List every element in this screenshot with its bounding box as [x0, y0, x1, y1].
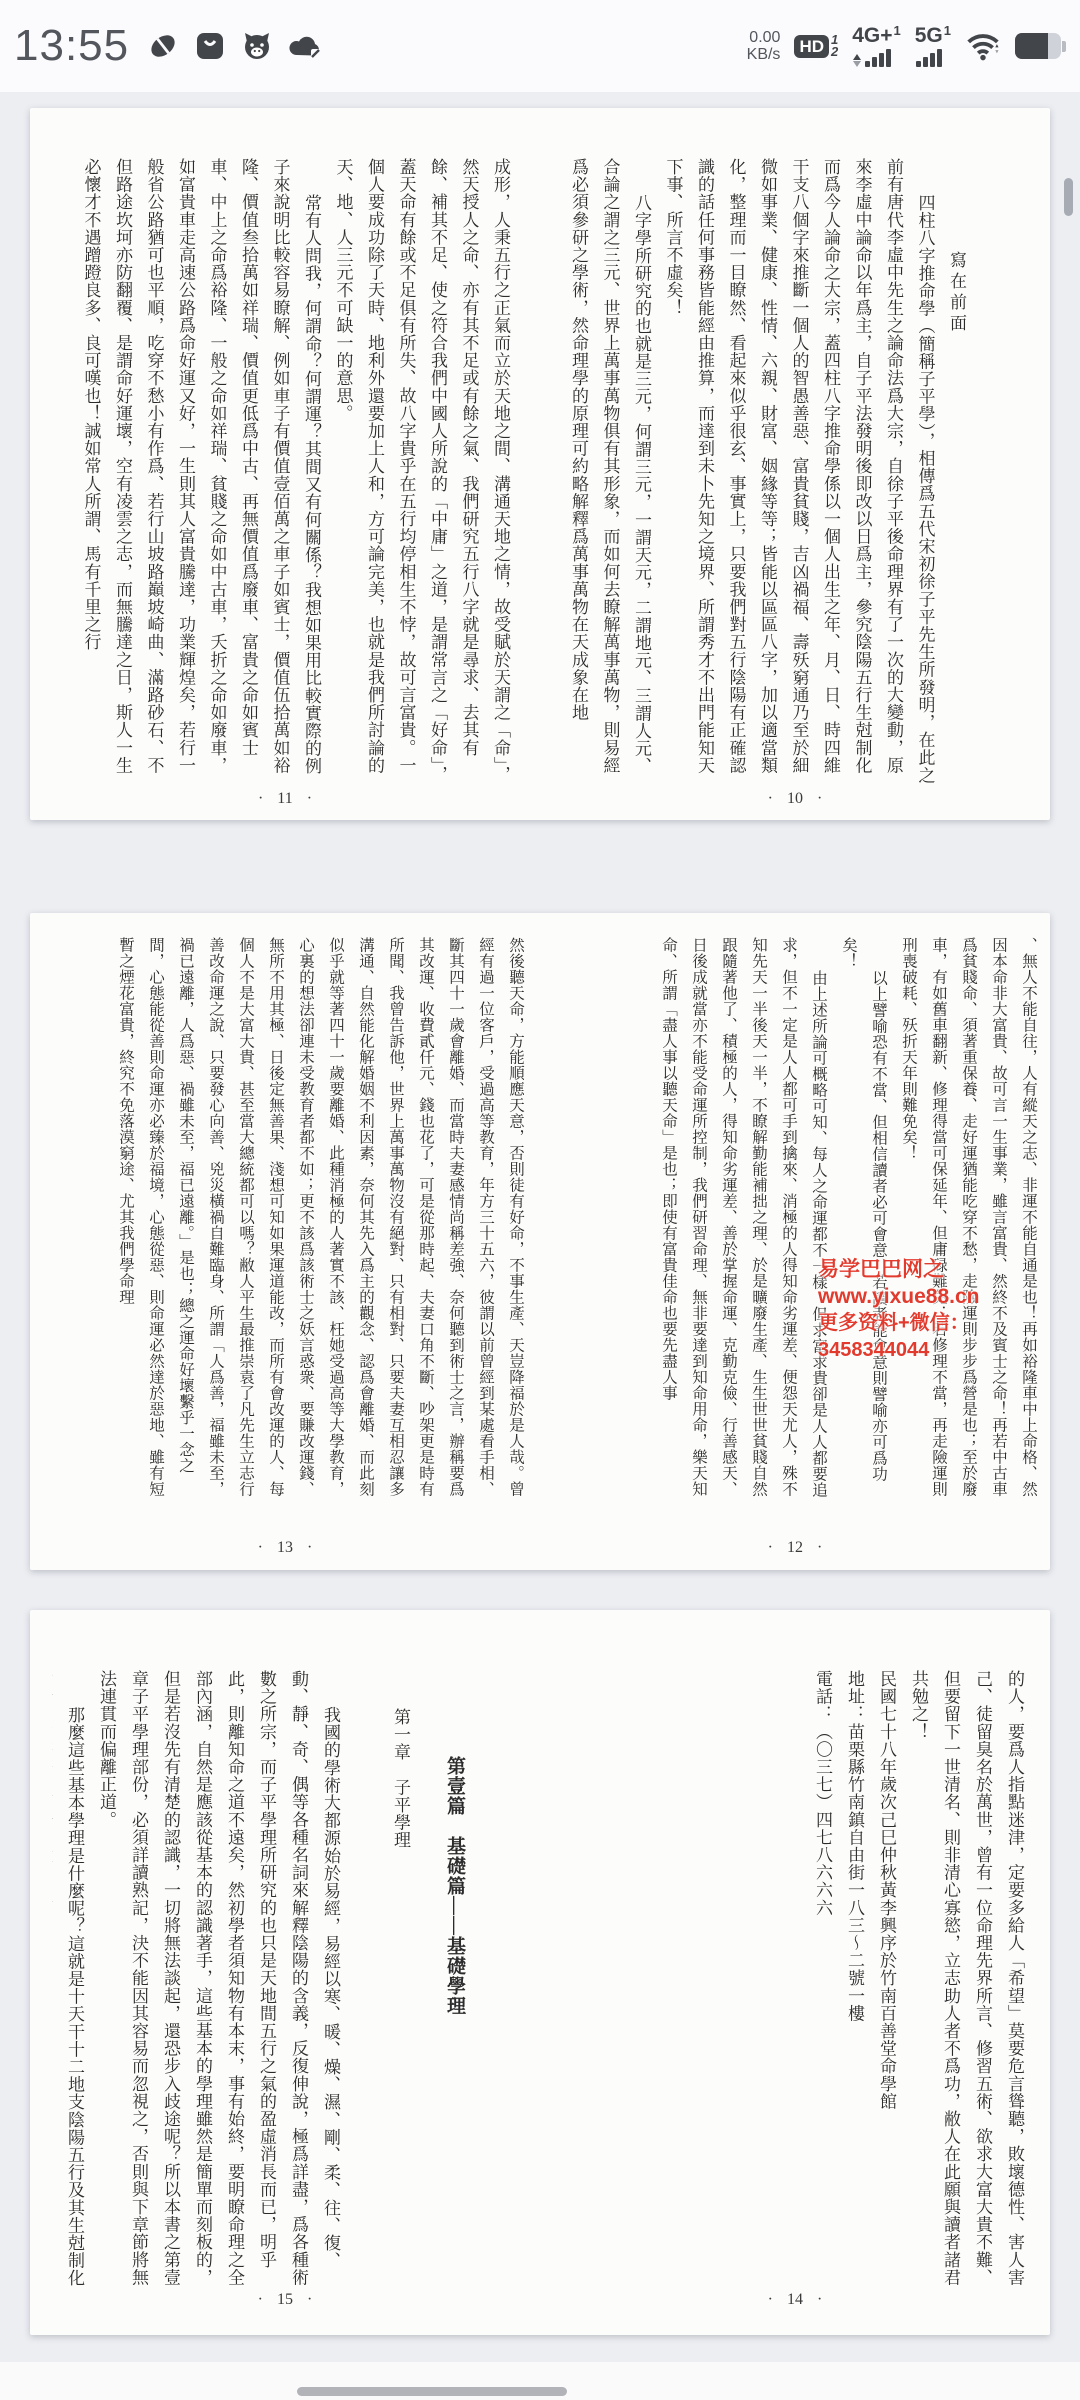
paragraph: 寫在前面: [941, 158, 973, 790]
volte-hd-indicator: HD 1 2: [794, 34, 838, 58]
page-10-number: 10: [540, 790, 1050, 808]
speed-unit: KB/s: [747, 46, 781, 63]
uplink-arrow-icon: [853, 54, 861, 60]
page-10-text: 寫在前面四柱八字推命學（簡稱子平學），相傳爲五代宋初徐子平先生所發明，在此之前有…: [570, 158, 972, 790]
page-15-text: 第壹篇 基礎篇——基礎學理第一章 子平學理我國的學術大都源始於易經，易經以寒、暖…: [52, 1670, 470, 2298]
network-type-4g: 4G+: [852, 25, 892, 46]
hd-sim2-label: 2: [831, 46, 838, 58]
paragraph: 常有人問我，何謂命？何謂運？其間又有何關係？我想如果用比較實際的例子來說明比較容…: [75, 158, 327, 790]
page-13-text: 然後聽天命，方能順應天意，否則徒有好命，不事生產、天豈降福於是人哉。曾經有過一位…: [60, 937, 530, 1499]
ball-icon: [147, 30, 179, 62]
paragraph: 那麼這些基本學理是什麼呢？這就是十天干十二地支陰陽五行及其生尅制化會合刑冲等等、…: [52, 1670, 90, 2298]
network-type-5g: 5G: [915, 25, 943, 46]
signal-bar: [937, 49, 942, 67]
signal-bar: [923, 57, 928, 67]
paragraph: 電話：（〇三七）四七八六六六: [806, 1670, 838, 2298]
watermark-overlay: 易学巴巴网之www.yixue88.cn 更多资料+微信：3458344044: [818, 1256, 1080, 1364]
network-speed: 0.00 KB/s: [747, 29, 781, 63]
paragraph: 的人，要爲人指點迷津，定要多給人「希望」莫要危言聳聽，敗壞德性、害人害己、徒留臭…: [902, 1670, 1030, 2298]
speed-value: 0.00: [749, 29, 780, 46]
page-15-number: 15: [30, 2291, 540, 2309]
sim2-signal: 5G 1: [915, 25, 951, 67]
paragraph: 地址：苗栗縣竹南鎮自由街一八三～二號一樓: [838, 1670, 870, 2298]
paragraph: 民國七十八年歲次己巳仲秋黃李興序於竹南百善堂命學館: [870, 1670, 902, 2298]
page-14-number: 14: [540, 2291, 1050, 2309]
signal-bar: [879, 53, 884, 67]
paragraph: 然後聽天命，方能順應天意，否則徒有好命，不事生產、天豈降福於是人哉。曾經有過一位…: [110, 937, 530, 1499]
paragraph: 我國的學術大都源始於易經，易經以寒、暖、燥、濕、剛、柔、往、復、動、靜、奇、偶等…: [90, 1670, 346, 2298]
signal-bar: [872, 57, 877, 67]
downlink-arrow-icon: [853, 61, 861, 67]
app-badge-icon: [195, 31, 225, 61]
paragraph: 、無人不能自往，人有縱天之志、非運不能自通是也！再如裕隆車中上命格、然因本命非大…: [893, 937, 1043, 1499]
paragraph: 成形，人秉五行之正氣而立於天地之間、溝通天地之情，故受賦於天謂之「命」，然天授人…: [327, 158, 516, 790]
page-12-text: 、無人不能自往，人有縱天之志、非運不能自通是也！再如裕隆車中上命格、然因本命非大…: [551, 937, 1043, 1499]
pdf-page-card-spread-15-14[interactable]: 的人，要爲人指點迷津，定要多給人「希望」莫要危言聳聽，敗壞德性、害人害己、徒留臭…: [30, 1610, 1050, 2335]
pdf-viewer[interactable]: 寫在前面四柱八字推命學（簡稱子平學），相傳爲五代宋初徐子平先生所發明，在此之前有…: [0, 92, 1080, 2400]
page-13-number: 13: [30, 1539, 540, 1557]
page-11-text: 成形，人秉五行之正氣而立於天地之間、溝通天地之情，故受賦於天謂之「命」，然天授人…: [46, 158, 516, 790]
sim1-signal: 4G+ 1: [852, 25, 901, 67]
paragraph: 八字學所研究的也就是三元，何謂三元，一謂天元，二謂地元、三謂人元、合論之謂之三元…: [570, 158, 657, 790]
android-screen: { "status_bar": { "time": "13:55", "net_…: [0, 0, 1080, 2400]
signal-bar: [930, 53, 935, 67]
status-bar: 13:55 0.00 KB/s HD 1 2: [0, 0, 1080, 92]
watermark-wechat-line: 更多资料+微信：3458344044: [818, 1310, 1080, 1364]
clock: 13:55: [14, 21, 129, 71]
paragraph: 第一章 子平學理: [384, 1670, 416, 2298]
paragraph: 四柱八字推命學（簡稱子平學），相傳爲五代宋初徐子平先生所發明，在此之前有唐代李虛…: [657, 158, 941, 790]
scrollbar-thumb[interactable]: [1064, 178, 1073, 216]
signal-bar: [916, 61, 921, 67]
signal-bar: [886, 49, 891, 67]
watermark-site-line: 易学巴巴网之www.yixue88.cn: [818, 1256, 1080, 1310]
page-12-number: 12: [540, 1539, 1050, 1557]
wifi-icon: [965, 31, 1001, 61]
battery-icon: [1015, 33, 1066, 59]
pdf-page-card-spread-13-12[interactable]: 、無人不能自往，人有縱天之志、非運不能自通是也！再如裕隆車中上命格、然因本命非大…: [30, 913, 1050, 1570]
paragraph: 第壹篇 基礎篇——基礎學理: [438, 1670, 470, 2298]
hd-icon: HD: [794, 35, 829, 58]
cloud-icon: [289, 31, 323, 61]
paragraph: 由上述所論可概略可知、每人之命運都不一樣、但求富求貴卻是人人都要追求，但不一定是…: [653, 937, 833, 1499]
cat-icon: [241, 30, 273, 62]
page-14-text: 的人，要爲人指點迷津，定要多給人「希望」莫要危言聳聽，敗壞德性、害人害己、徒留臭…: [550, 1670, 1030, 2298]
paragraph: 以上譬喻恐有不當、但相信讀者必可會意、若讀者能會意則譬喻亦可爲功矣！: [833, 937, 893, 1499]
page-11-number: 11: [30, 790, 540, 808]
sim1-index: 1: [894, 23, 901, 38]
bottom-nav-zone: [0, 2362, 1080, 2400]
signal-bar: [865, 61, 870, 67]
pdf-page-card-spread-11-10[interactable]: 寫在前面四柱八字推命學（簡稱子平學），相傳爲五代宋初徐子平先生所發明，在此之前有…: [30, 108, 1050, 820]
sim2-index: 1: [944, 23, 951, 38]
gesture-bar[interactable]: [297, 2387, 567, 2396]
notification-icons: [147, 30, 323, 62]
